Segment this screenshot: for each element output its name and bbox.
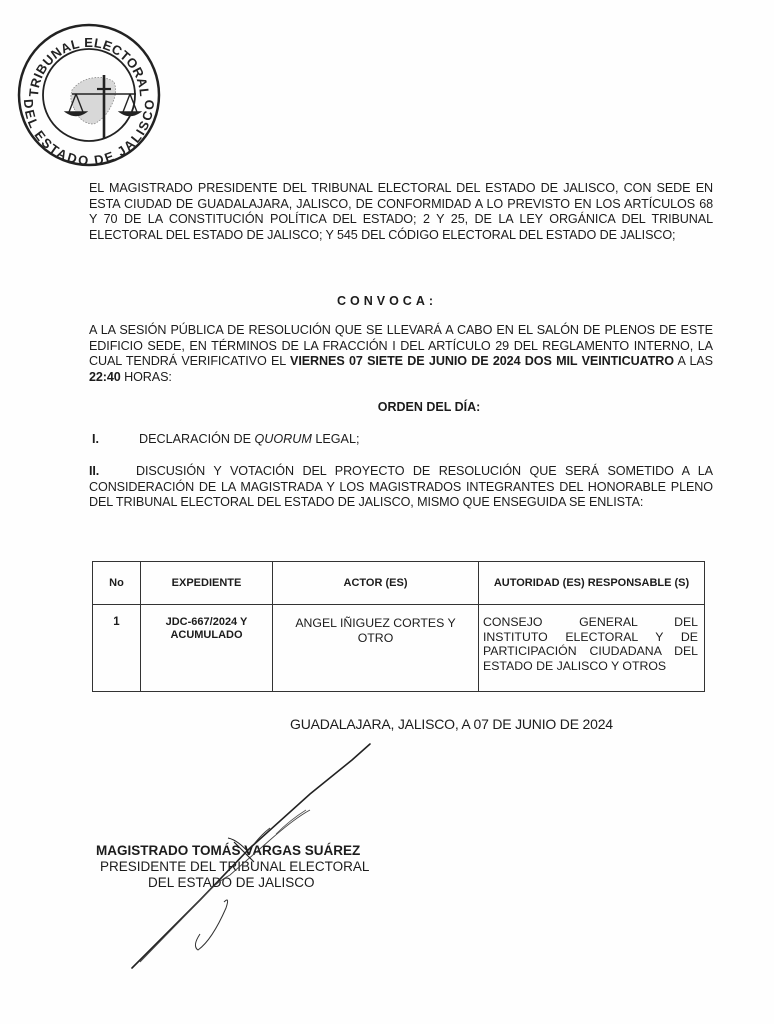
- convoca-title: CONVOCA:: [0, 294, 774, 308]
- agenda-text: DISCUSIÓN Y VOTACIÓN DEL PROYECTO DE RES…: [89, 464, 713, 509]
- agenda-text-end: LEGAL;: [312, 432, 360, 446]
- actor-line: ANGEL IÑIGUEZ CORTES Y: [274, 616, 477, 631]
- expediente-line: JDC-667/2024 Y: [142, 616, 271, 629]
- autoridad-line: PARTICIPACIÓN CIUDADANA DEL: [483, 644, 698, 659]
- header-no: No: [93, 562, 141, 605]
- agenda-numeral: II.: [89, 464, 136, 480]
- intro-paragraph: EL MAGISTRADO PRESIDENTE DEL TRIBUNAL EL…: [89, 181, 713, 243]
- cell-no: 1: [93, 605, 141, 692]
- header-autoridad: AUTORIDAD (ES) RESPONSABLE (S): [479, 562, 705, 605]
- table-header-row: No EXPEDIENTE ACTOR (ES) AUTORIDAD (ES) …: [93, 562, 705, 605]
- header-actor: ACTOR (ES): [273, 562, 479, 605]
- actor-line: OTRO: [274, 631, 477, 646]
- cell-expediente: JDC-667/2024 Y ACUMULADO: [141, 605, 273, 692]
- scales-of-justice-sword-icon: [66, 75, 140, 138]
- agenda-numeral: I.: [92, 432, 139, 446]
- session-time: 22:40: [89, 370, 121, 384]
- handwritten-signature: [120, 730, 440, 980]
- agenda-italic-text: QUORUM: [254, 432, 311, 446]
- convoca-text-end: HORAS:: [121, 370, 172, 384]
- orden-title: ORDEN DEL DÍA:: [0, 400, 774, 414]
- autoridad-line: INSTITUTO ELECTORAL Y DE: [483, 630, 698, 645]
- tribunal-seal: TRIBUNAL ELECTORAL DEL ESTADO DE JALISCO: [14, 20, 164, 170]
- autoridad-line: CONSEJO GENERAL DEL: [483, 615, 698, 630]
- agenda-item-2: II.DISCUSIÓN Y VOTACIÓN DEL PROYECTO DE …: [89, 464, 713, 511]
- table-row: 1 JDC-667/2024 Y ACUMULADO ANGEL IÑIGUEZ…: [93, 605, 705, 692]
- agenda-text: DECLARACIÓN DE: [139, 432, 254, 446]
- cell-actor: ANGEL IÑIGUEZ CORTES Y OTRO: [273, 605, 479, 692]
- header-expediente: EXPEDIENTE: [141, 562, 273, 605]
- expediente-line: ACUMULADO: [142, 629, 271, 642]
- session-date: VIERNES 07 SIETE DE JUNIO DE 2024 DOS MI…: [290, 354, 674, 368]
- autoridad-line: ESTADO DE JALISCO Y OTROS: [483, 659, 698, 674]
- cell-autoridad: CONSEJO GENERAL DEL INSTITUTO ELECTORAL …: [479, 605, 705, 692]
- convoca-text-mid: A LAS: [674, 354, 713, 368]
- cases-table: No EXPEDIENTE ACTOR (ES) AUTORIDAD (ES) …: [92, 561, 705, 692]
- convoca-paragraph: A LA SESIÓN PÚBLICA DE RESOLUCIÓN QUE SE…: [89, 323, 713, 385]
- agenda-item-1: I.DECLARACIÓN DE QUORUM LEGAL;: [92, 432, 359, 446]
